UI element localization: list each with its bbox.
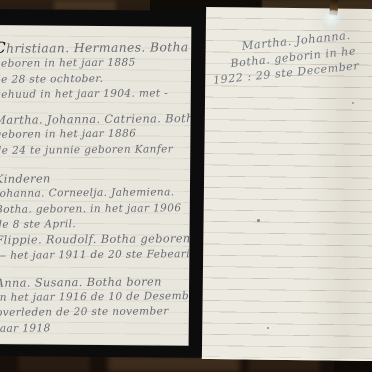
ink-speck — [267, 327, 269, 329]
ink-speck — [352, 102, 354, 104]
photo-of-family-register: Christiaan. Hermanes. Botha geboren in h… — [0, 0, 372, 372]
black-bordered-mourning-card: Christiaan. Hermanes. Botha geboren in h… — [0, 9, 206, 358]
handwritten-line: overleden de 20 ste november — [0, 305, 191, 322]
handwritten-line: Christiaan. Hermanes. Botha — [0, 39, 191, 57]
handwritten-line: in het jaar 1916 de 10 de Desember — [0, 289, 191, 306]
handwritten-line: Johanna. Corneelja. Jahemiena. — [0, 185, 191, 202]
right-lined-page: Martha. Johanna. Botha. geborin in he 19… — [202, 7, 372, 361]
handwritten-line: gehuud in het jaar 1904. met - — [0, 86, 191, 103]
handwritten-line: de 8 ste April. — [0, 216, 191, 233]
pin-head — [321, 10, 344, 31]
left-card-paper: Christiaan. Hermanes. Botha geboren in h… — [0, 25, 191, 346]
handwritten-line: geboren in het jaar 1886 — [0, 127, 191, 144]
handwritten-line: Flippie. Roudolf. Botha geboren — [0, 231, 191, 248]
handwritten-line: jaar 1918 — [0, 320, 191, 337]
handwritten-line: Anna. Susana. Botha boren — [0, 274, 191, 291]
handwritten-line: de 24 te junnie geboren Kanfer — [0, 142, 191, 159]
handwritten-line: Botha. geboren. in het jaar 1906 — [0, 201, 191, 218]
handwritten-line: — het jaar 1911 de 20 ste Febearie — [0, 247, 191, 264]
ink-speck — [257, 219, 260, 222]
handwritten-line: de 28 ste ochtober. — [0, 71, 191, 88]
right-page-handwriting: Martha. Johanna. Botha. geborin in he 19… — [207, 20, 372, 88]
handwritten-line: Martha. Johanna. Catriena. Botha. — [0, 111, 191, 128]
handwritten-line: Kinderen — [0, 170, 191, 187]
left-page-handwriting: Christiaan. Hermanes. Botha geboren in h… — [0, 39, 191, 337]
handwritten-line: geboren in het jaar 1885 — [0, 55, 191, 72]
